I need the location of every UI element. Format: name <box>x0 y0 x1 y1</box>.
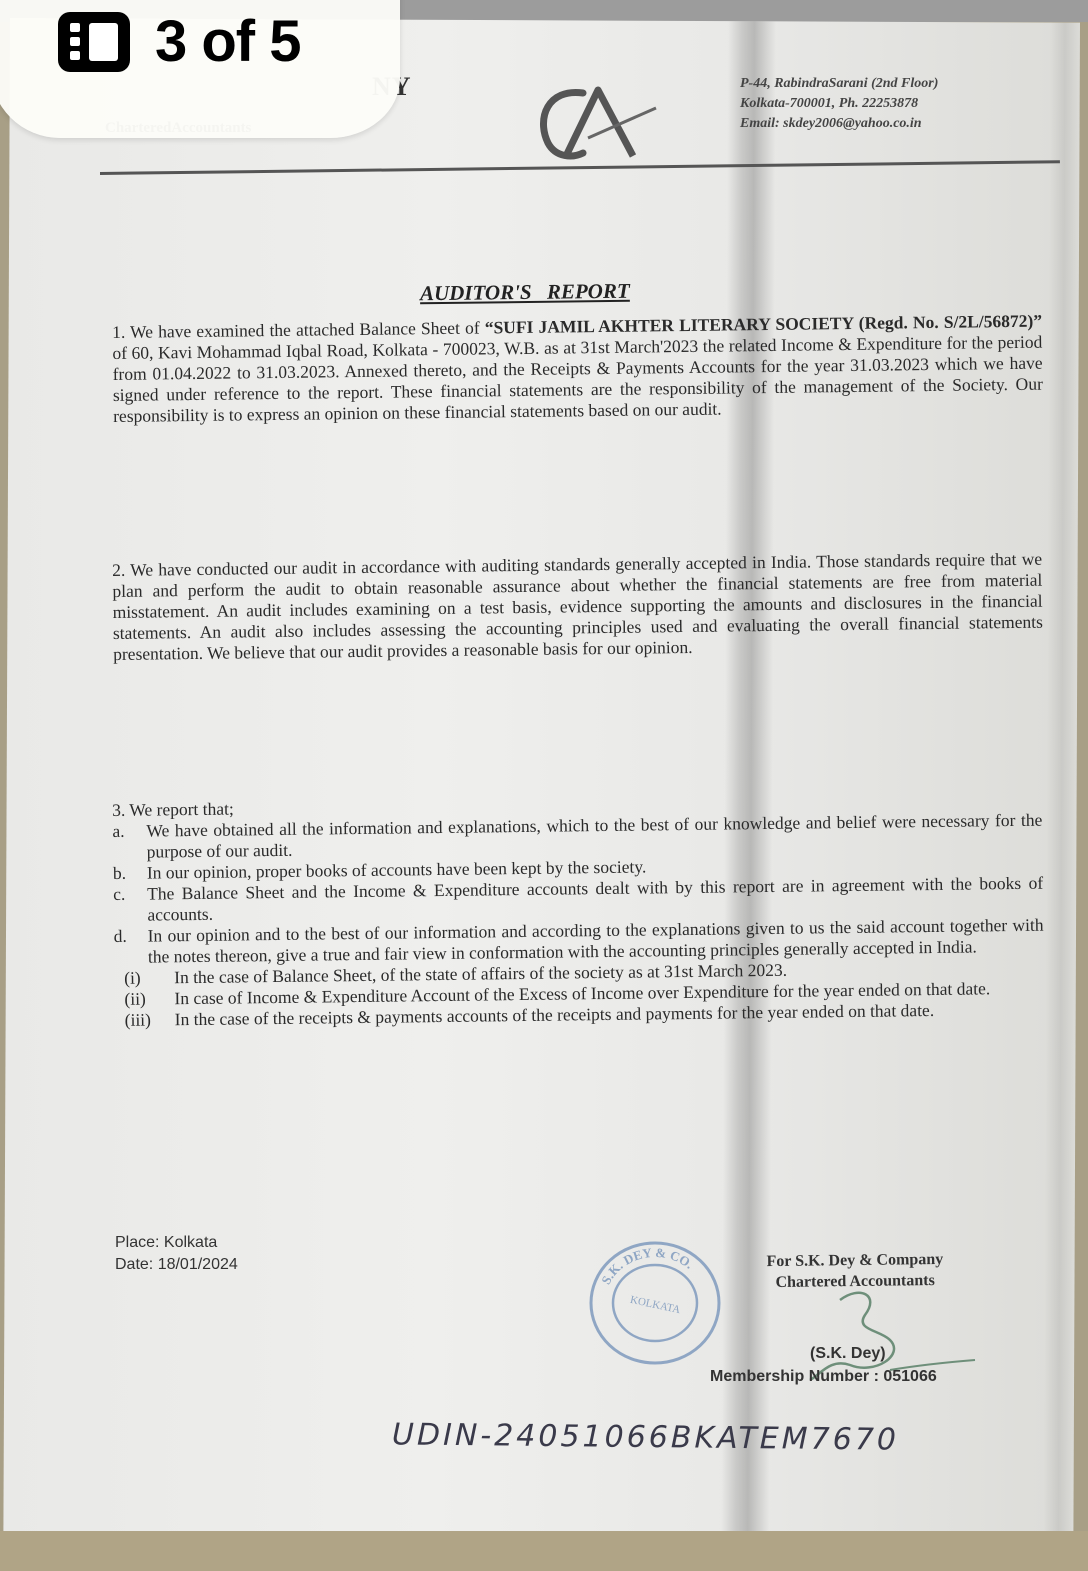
page-counter: 3 of 5 <box>155 8 301 75</box>
paper-fold-shadow <box>721 21 776 1541</box>
ca-logo-icon <box>528 78 668 168</box>
svg-text:KOLKATA: KOLKATA <box>629 1294 681 1316</box>
photo-gallery-icon <box>55 9 133 75</box>
paragraph-2: 2. We have conducted our audit in accord… <box>112 549 1043 665</box>
background-surface <box>0 1531 1088 1571</box>
place-date: Place: Kolkata Date: 18/01/2024 <box>115 1232 238 1276</box>
image-counter-badge[interactable]: 3 of 5 <box>0 0 400 138</box>
udin-handwritten: UDIN-24051066BKATEM7670 <box>392 1417 899 1457</box>
paper-fold-shadow <box>1043 23 1080 1543</box>
firm-address: P-44, RabindraSarani (2nd Floor) Kolkata… <box>740 74 938 134</box>
place: Place: Kolkata <box>115 1232 238 1254</box>
membership-number: Membership Number : 051066 <box>710 1368 937 1386</box>
signatory-name: (S.K. Dey) <box>810 1345 886 1363</box>
page-title: AUDITOR'S REPORT <box>420 279 630 307</box>
paragraph-3: 3. We report that; a.We have obtained al… <box>112 789 1045 1031</box>
date: Date: 18/01/2024 <box>115 1254 238 1276</box>
paragraph-1: 1. We have examined the attached Balance… <box>112 311 1043 427</box>
